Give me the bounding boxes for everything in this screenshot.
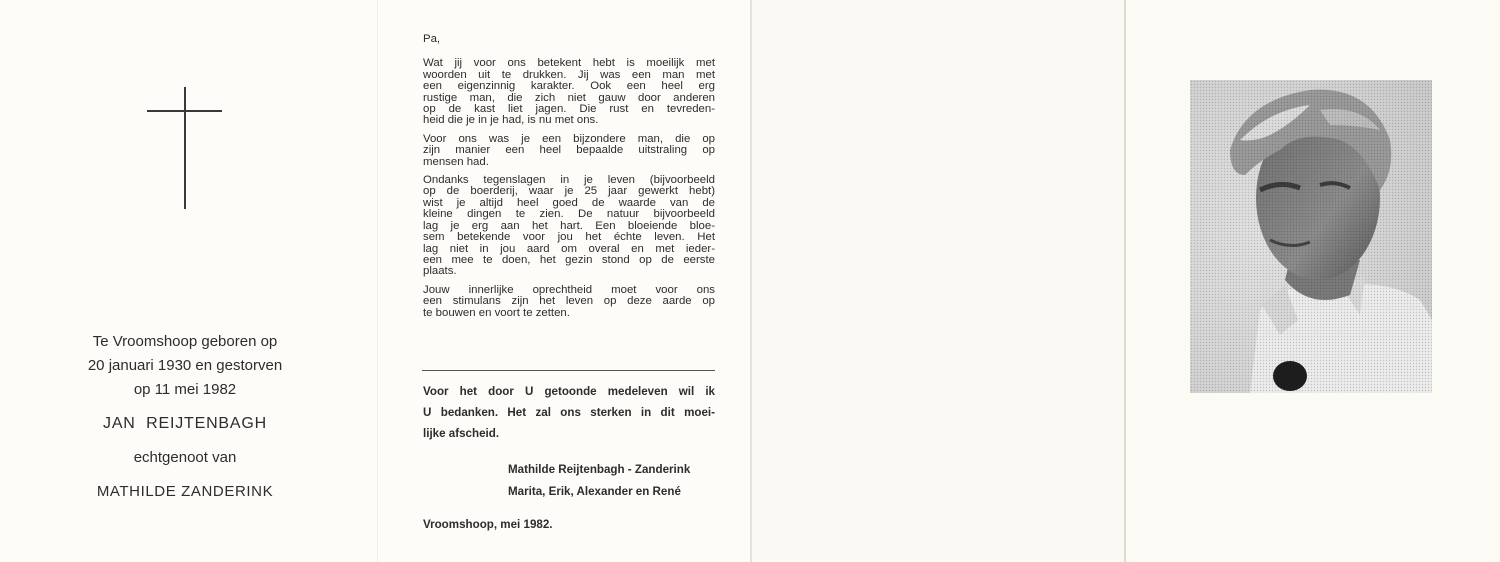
- fold-line: [1124, 0, 1126, 562]
- birth-death-line: 20 januari 1930 en gestorven: [40, 354, 330, 378]
- section-divider: [422, 370, 715, 371]
- letter-paragraph: Ondanks tegenslagen in je leven (bijvoor…: [423, 175, 715, 278]
- signer-line: Mathilde Reijtenbagh - Zanderink: [508, 459, 690, 481]
- thanks-line: Voor het door U getoonde medeleven wil i…: [423, 381, 715, 402]
- portrait-photo: [1190, 80, 1432, 393]
- thank-you-note: Voor het door U getoonde medeleven wil i…: [423, 381, 715, 444]
- letter-line: mensen had.: [423, 157, 715, 168]
- relation-label: echtgenoot van: [40, 446, 330, 470]
- fold-line: [750, 0, 752, 562]
- letter-line: kleine dingen te zien. De natuur bijvoor…: [423, 209, 715, 220]
- signer-line: Marita, Erik, Alexander en René: [508, 481, 690, 503]
- letter-line: zijn manier een heel bepaalde uitstralin…: [423, 145, 715, 156]
- portrait-image: [1190, 80, 1432, 393]
- thanks-line: lijke afscheid.: [423, 423, 715, 444]
- cross-horizontal-bar: [147, 110, 222, 112]
- paper-crease: [377, 0, 378, 562]
- letter-line: een mee te doen, het gezin stond op de e…: [423, 255, 715, 266]
- thanks-line: U bedanken. Het zal ons sterken in dit m…: [423, 402, 715, 423]
- letter-text: Pa, Wat jij voor ons betekent hebt is mo…: [423, 34, 715, 326]
- letter-paragraph: Wat jij voor ons betekent hebt is moeili…: [423, 58, 715, 126]
- letter-paragraph: Voor ons was je een bijzondere man, die …: [423, 134, 715, 168]
- letter-line: een stimulans zijn het leven op deze aar…: [423, 296, 715, 307]
- letter-line: sem betekende voor jou het échte leven. …: [423, 232, 715, 243]
- letter-salutation: Pa,: [423, 34, 715, 45]
- cross-vertical-bar: [184, 87, 186, 209]
- signers: Mathilde Reijtenbagh - Zanderink Marita,…: [508, 459, 690, 503]
- letter-line: plaats.: [423, 266, 715, 277]
- letter-line: te bouwen en voort te zetten.: [423, 308, 715, 319]
- letter-paragraph: Jouw innerlijke oprechtheid moet voor on…: [423, 285, 715, 319]
- birth-death-line: Te Vroomshoop geboren op: [40, 330, 330, 354]
- letter-line: heid die je in je had, is nu met ons.: [423, 115, 715, 126]
- letter-line: een eigenzinnig karakter. Ook een heel e…: [423, 81, 715, 92]
- deceased-name: JAN REIJTENBAGH: [40, 412, 330, 436]
- spouse-name: MATHILDE ZANDERINK: [40, 480, 330, 504]
- blank-page: [750, 0, 1125, 562]
- birth-death-line: op 11 mei 1982: [40, 378, 330, 402]
- obituary-details: Te Vroomshoop geboren op 20 januari 1930…: [40, 330, 330, 504]
- place-date: Vroomshoop, mei 1982.: [423, 518, 553, 531]
